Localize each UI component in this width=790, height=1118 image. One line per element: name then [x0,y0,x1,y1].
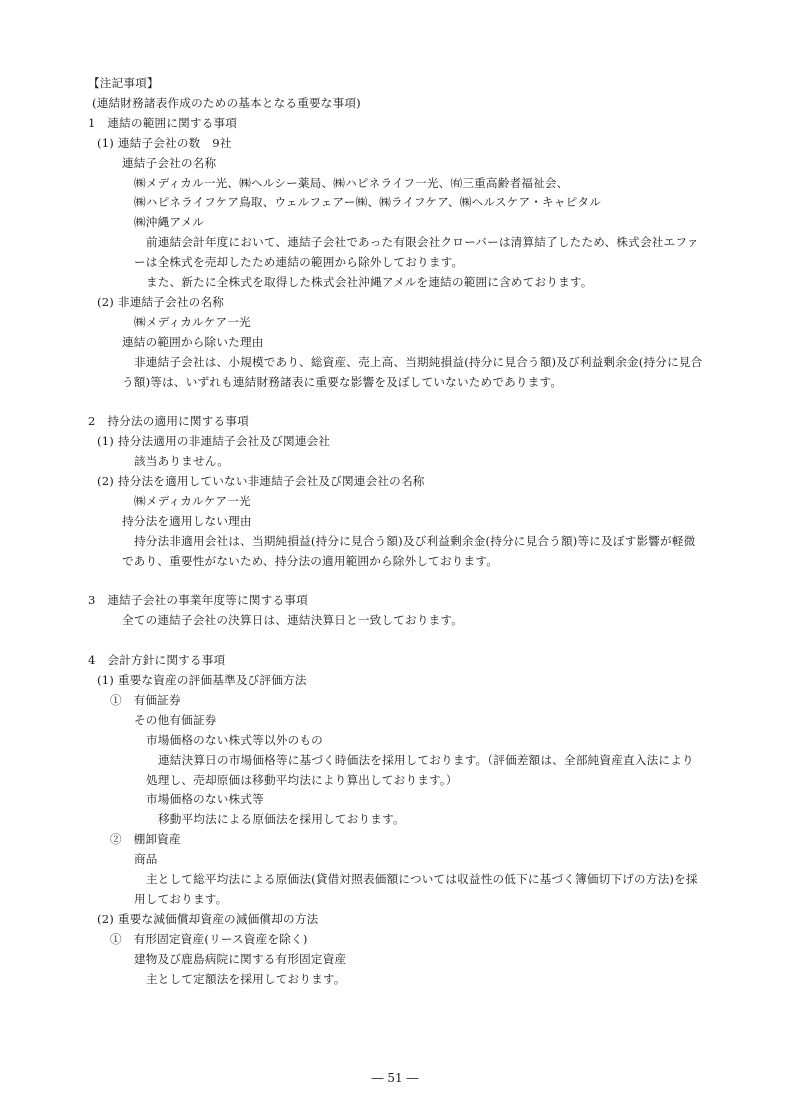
text-line: 市場価格のない株式等 [146,792,264,806]
text-line: 【注記事項】 [88,76,159,90]
text-line: ㈱沖縄アメル [134,215,204,229]
text-line: ㈱メディカルケア一光 [134,315,251,329]
text-line: 持分法非適用会社は、当期純損益(持分に見合う額)及び利益剰余金(持分に見合う額)… [134,534,695,548]
text-line: 非連結子会社は、小規模であり、総資産、売上高、当期純損益(持分に見合う額)及び利… [134,355,702,369]
text-line: (2) 非連結子会社の名称 [97,295,224,309]
text-line: また、新たに全株式を取得した株式会社沖縄アメルを連結の範囲に含めております。 [146,275,593,289]
text-line: (連結財務諸表作成のための基本となる重要な事項) [92,96,361,110]
text-line: 連結子会社の名称 [122,156,216,170]
text-line: 該当ありません。 [134,454,229,468]
text-line: (1) 重要な資産の評価基準及び評価方法 [97,673,307,687]
text-line: 用しております。 [134,892,227,906]
text-line: であり、重要性がないため、持分法の適用範囲から除外しております。 [122,554,498,568]
text-line: 処理し、売却原価は移動平均法により算出しております。） [146,773,458,787]
text-line: 連結の範囲から除いた理由 [122,335,264,349]
text-line: その他有価証券 [134,713,217,727]
text-line: ① 有価証券 [110,693,181,707]
text-line: 建物及び鹿島病院に関する有形固定資産 [134,952,346,966]
text-line: (1) 連結子会社の数 9社 [97,136,232,150]
text-line: 2 持分法の適用に関する事項 [88,414,249,428]
text-line: 3 連結子会社の事業年度等に関する事項 [88,593,308,607]
text-line: (2) 重要な減価償却資産の減価償却の方法 [97,912,318,926]
text-line: 市場価格のない株式等以外のもの [146,733,323,747]
document-page: 【注記事項】(連結財務諸表作成のための基本となる重要な事項)1 連結の範囲に関す… [0,0,790,1118]
text-line: う額)等は、いずれも連結財務諸表に重要な影響を及ぼしていないためであります。 [122,375,562,389]
text-line: 移動平均法による原価法を採用しております。 [158,812,405,826]
page-number: ― 51 ― [0,1071,790,1085]
text-line: ㈱メディカル一光、㈱ヘルシー薬局、㈱ハピネライフ一光、㈲三重高齢者福祉会、 [134,176,568,190]
text-line: 主として定額法を採用しております。 [146,972,346,986]
text-line: ㈱ハピネライフケア鳥取、ウェルフェアー㈱、㈱ライフケア、㈱ヘルスケア・キャピタル [134,195,601,209]
text-line: (1) 持分法適用の非連結子会社及び関連会社 [97,434,330,448]
text-line: 全ての連結子会社の決算日は、連結決算日と一致しております。 [122,613,463,627]
text-line: ② 棚卸資産 [110,832,181,846]
text-line: ① 有形固定資産(リース資産を除く) [110,932,308,946]
text-line: 主として総平均法による原価法(貸借対照表価額については収益性の低下に基づく簿価切… [146,872,698,886]
text-line: 持分法を適用しない理由 [122,514,252,528]
text-line: ーは全株式を売却したため連結の範囲から除外しております。 [134,255,463,269]
text-line: 商品 [134,852,158,866]
text-line: 1 連結の範囲に関する事項 [88,116,237,130]
text-line: 前連結会計年度において、連結子会社であった有限会社クローバーは清算結了したため、… [146,235,699,249]
text-line: 連結決算日の市場価格等に基づく時価法を採用しております。（評価差額は、全部純資産… [158,753,694,767]
text-line: ㈱メディカルケア一光 [134,494,251,508]
text-line: 4 会計方針に関する事項 [88,653,225,667]
text-line: (2) 持分法を適用していない非連結子会社及び関連会社の名称 [97,474,425,488]
